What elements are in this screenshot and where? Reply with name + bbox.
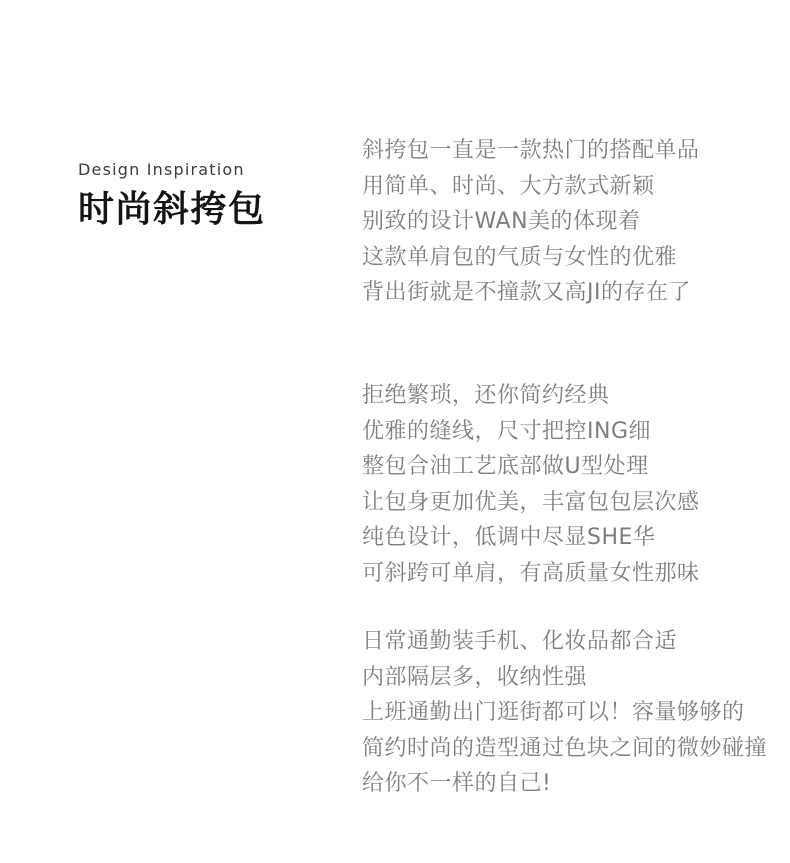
text-line: 日常通勤装手机、化妆品都合适 — [362, 624, 782, 660]
paragraph-craft: 拒绝繁琐，还你简约经典 优雅的缝线，尺寸把控ING细 整包合油工艺底部做U型处理… — [362, 378, 782, 591]
text-line: 拒绝繁琐，还你简约经典 — [362, 378, 782, 414]
text-line: 整包合油工艺底部做U型处理 — [362, 449, 782, 485]
design-inspiration-eyebrow: Design Inspiration — [78, 160, 266, 180]
text-line: 内部隔层多，收纳性强 — [362, 660, 782, 696]
text-line: 给你不一样的自己! — [362, 766, 782, 802]
headline-block: Design Inspiration 时尚斜挎包 — [78, 160, 266, 230]
text-line: 让包身更加优美，丰富包包层次感 — [362, 485, 782, 521]
product-description-page: Design Inspiration 时尚斜挎包 斜挎包一直是一款热门的搭配单品… — [0, 0, 790, 863]
text-line: 纯色设计，低调中尽显SHE华 — [362, 520, 782, 556]
paragraph-usage: 日常通勤装手机、化妆品都合适 内部隔层多，收纳性强 上班通勤出门逛街都可以！容量… — [362, 624, 782, 802]
text-line: 简约时尚的造型通过色块之间的微妙碰撞 — [362, 731, 782, 767]
paragraph-intro: 斜挎包一直是一款热门的搭配单品 用简单、时尚、大方款式新颖 别致的设计WAN美的… — [362, 133, 782, 311]
text-line: 斜挎包一直是一款热门的搭配单品 — [362, 133, 782, 169]
text-line: 可斜跨可单肩，有高质量女性那味 — [362, 556, 782, 592]
text-line: 上班通勤出门逛街都可以！容量够够的 — [362, 695, 782, 731]
page-title: 时尚斜挎包 — [78, 190, 266, 230]
text-line: 别致的设计WAN美的体现着 — [362, 204, 782, 240]
text-line: 优雅的缝线，尺寸把控ING细 — [362, 414, 782, 450]
text-line: 用简单、时尚、大方款式新颖 — [362, 169, 782, 205]
text-line: 这款单肩包的气质与女性的优雅 — [362, 240, 782, 276]
text-line: 背出街就是不撞款又高JI的存在了 — [362, 275, 782, 311]
